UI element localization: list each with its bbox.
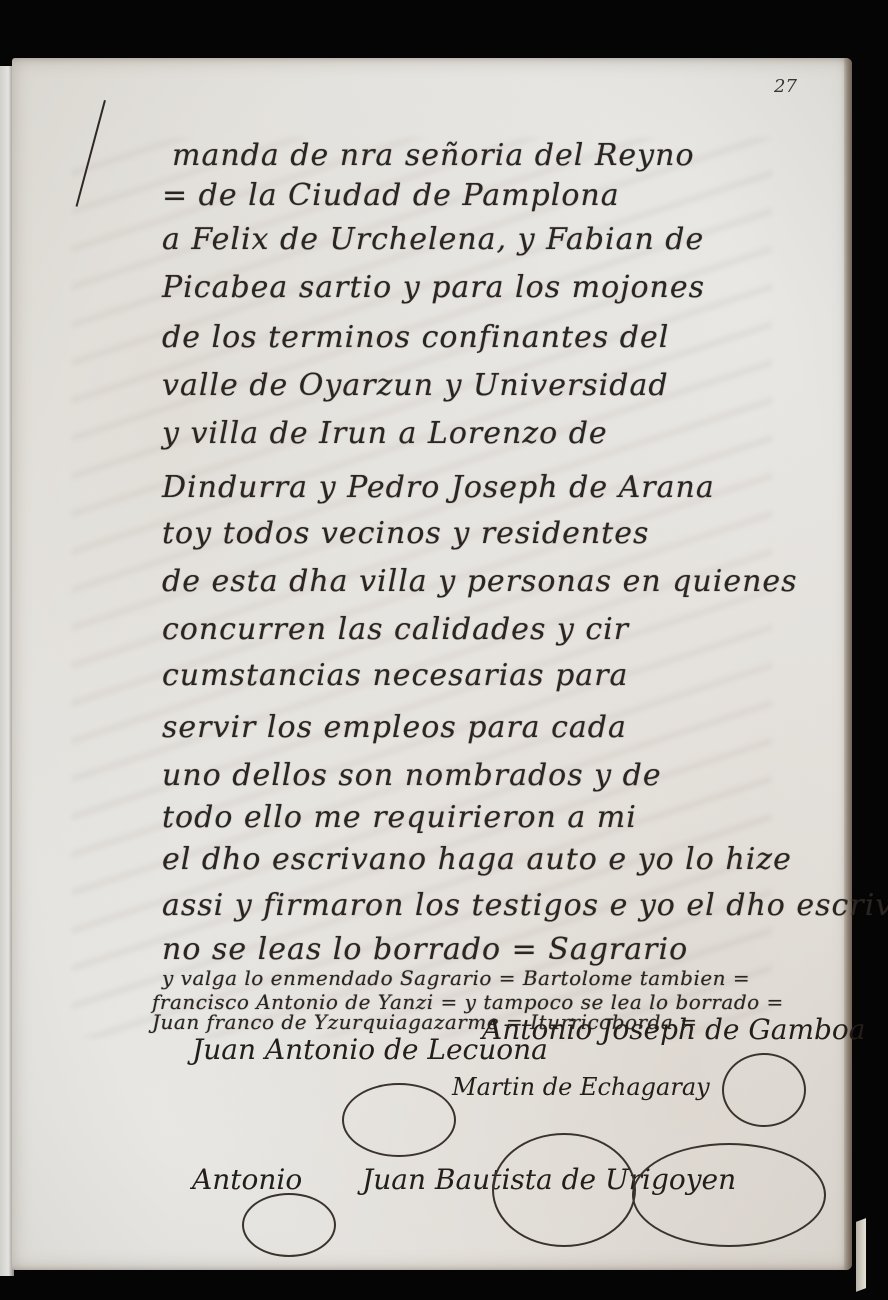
- text-line: el dho escrivano haga auto e yo lo hize: [162, 842, 792, 877]
- text-line: assi y firmaron los testigos e yo el dho…: [162, 888, 888, 923]
- text-line: = de la Ciudad de Pamplona: [162, 178, 620, 213]
- text-line: y villa de Irun a Lorenzo de: [162, 416, 608, 451]
- text-line: Dindurra y Pedro Joseph de Arana: [162, 470, 715, 505]
- signature: Antonio Joseph de Gamboa: [482, 1013, 865, 1046]
- text-line: uno dellos son nombrados y de: [162, 758, 662, 793]
- text-line: todo ello me requirieron a mi: [162, 800, 637, 835]
- text-line: concurren las calidades y cir: [162, 612, 629, 647]
- signature-flourish: [492, 1133, 636, 1247]
- text-line: de los terminos confinantes del: [162, 320, 669, 355]
- text-line: a Felix de Urchelena, y Fabian de: [162, 222, 704, 257]
- manuscript-page: 27 manda de nra señoria del Reyno = de l…: [12, 58, 852, 1270]
- folio-number: 27: [774, 76, 797, 97]
- text-line: de esta dha villa y personas en quienes: [162, 564, 798, 599]
- text-line: toy todos vecinos y residentes: [162, 516, 649, 551]
- text-line: cumstancias necesarias para: [162, 658, 628, 693]
- text-line: no se leas lo borrado = Sagrario: [162, 932, 688, 967]
- text-line: servir los empleos para cada: [162, 710, 627, 745]
- signature-flourish: [242, 1193, 336, 1257]
- text-line: Picabea sartio y para los mojones: [162, 270, 705, 305]
- signature-flourish: [342, 1083, 456, 1157]
- signature: Antonio: [192, 1163, 302, 1196]
- page-tab: [856, 1218, 866, 1292]
- signature-flourish: [632, 1143, 826, 1247]
- signature-flourish: [722, 1053, 806, 1127]
- signatures-area: Juan Antonio de Lecuona Antonio Joseph d…: [112, 1013, 832, 1273]
- text-line: y valga lo enmendado Sagrario = Bartolom…: [162, 966, 750, 990]
- signature: Martin de Echagaray: [452, 1073, 710, 1101]
- text-line: manda de nra señoria del Reyno: [172, 138, 695, 173]
- page-edge: [844, 58, 852, 1270]
- text-line: valle de Oyarzun y Universidad: [162, 368, 669, 403]
